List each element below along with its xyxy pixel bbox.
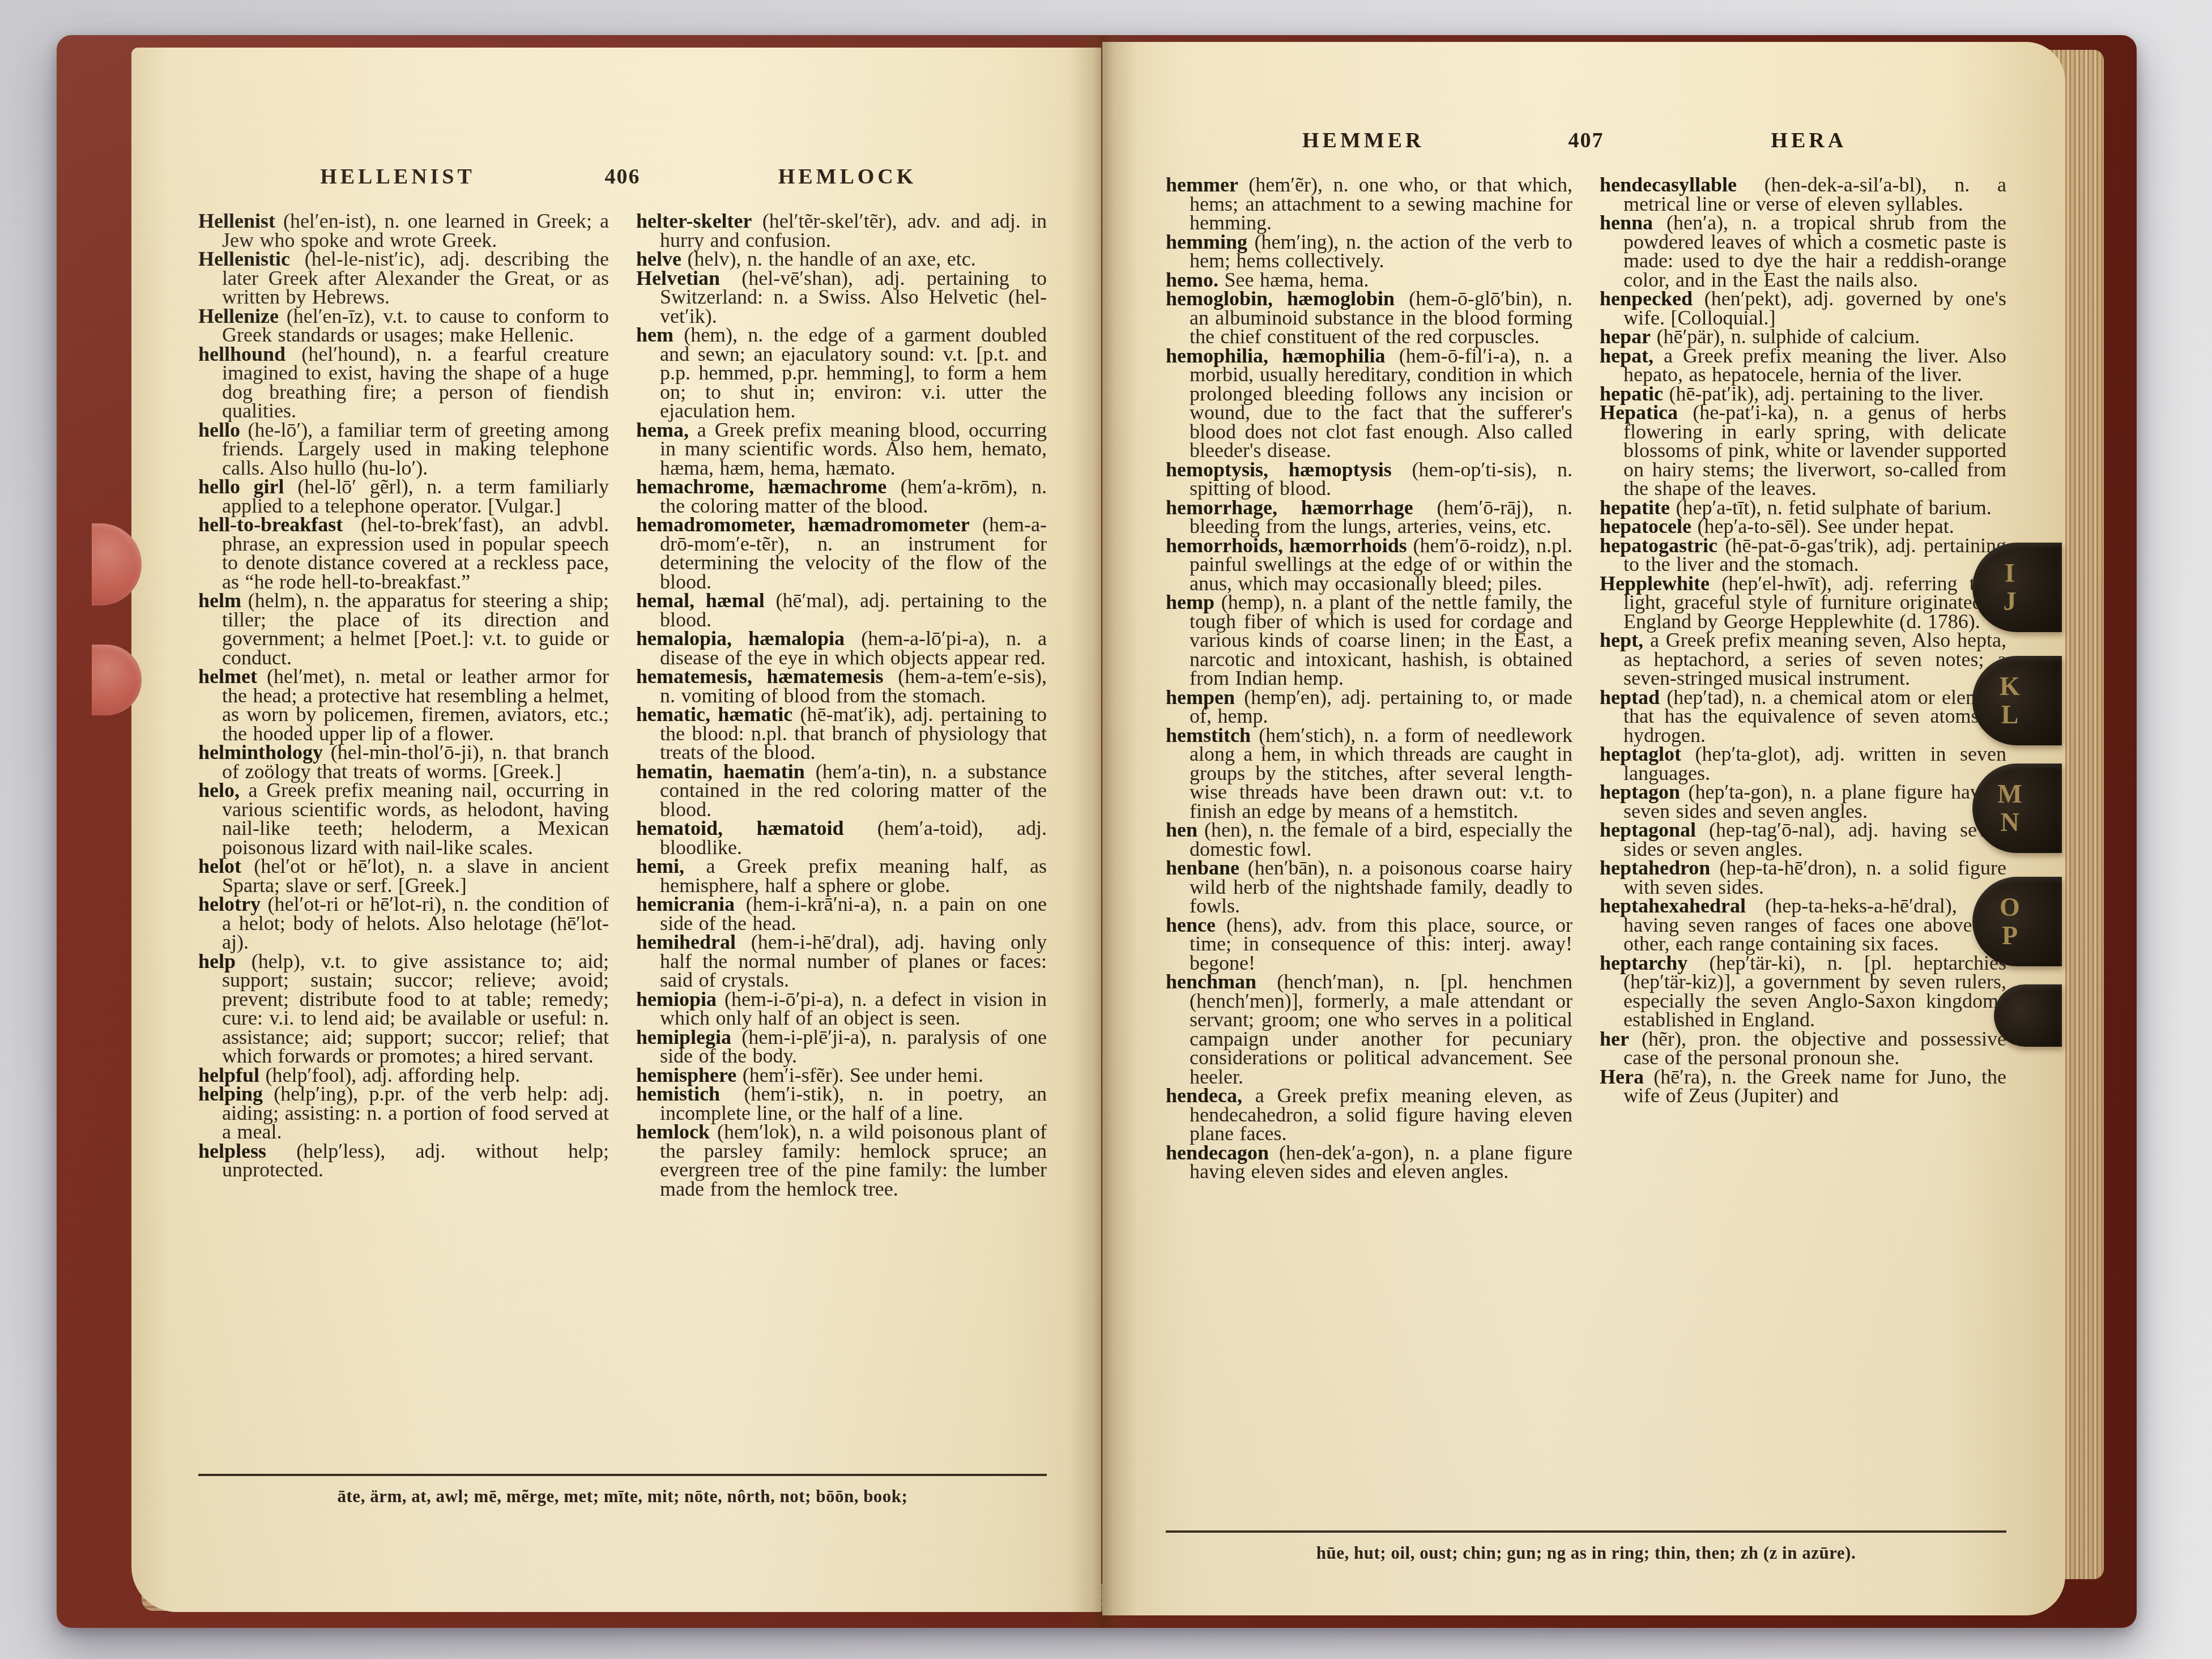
entry-headword: hepatogastric — [1600, 534, 1717, 557]
column-left-2: helter-skelter (hel′tẽr-skel′tẽr), adv. … — [636, 212, 1047, 1458]
entry-headword: hendeca, — [1166, 1084, 1242, 1107]
entry-headword: heptagon — [1600, 781, 1680, 803]
entry-headword: hemiopia — [636, 988, 717, 1010]
dictionary-entry: hell-to-breakfast (hel-to-brek′fast), an… — [198, 515, 609, 591]
dictionary-entry: hemiopia (hem-i-ō′pi-a), n. a defect in … — [636, 990, 1047, 1028]
dictionary-entry: hepatic (hē-pat′ik), adj. pertaining to … — [1600, 385, 2006, 404]
dictionary-entry: helm (helm), n. the apparatus for steeri… — [198, 591, 609, 667]
entry-headword: hendecasyllable — [1600, 176, 1737, 196]
dictionary-entry: heptagon (hep′ta-gon), n. a plane figure… — [1600, 783, 2006, 821]
dictionary-entry: hemi, a Greek prefix meaning half, as he… — [636, 857, 1047, 895]
dictionary-entry: hemoglobin, hæmoglobin (hem-ō-glō′bin), … — [1166, 289, 1572, 347]
dictionary-entry: hence (hens), adv. from this place, sour… — [1166, 916, 1572, 973]
entry-headword: hemstitch — [1166, 724, 1251, 747]
dictionary-entry: Hepplewhite (hep′el-hwīt), adj. referrin… — [1600, 574, 2006, 632]
entry-headword: hemachrome, hæmachrome — [636, 475, 886, 498]
tab-letter: L — [2001, 701, 2019, 729]
dictionary-entry: hema, a Greek prefix meaning blood, occu… — [636, 421, 1047, 478]
dictionary-entry: Hepatica (he-pat′i-ka), n. a genus of he… — [1600, 403, 2006, 498]
entry-headword: hemiplegia — [636, 1026, 731, 1048]
entry-headword: hemoglobin, hæmoglobin — [1166, 287, 1395, 310]
entry-headword: hendecagon — [1166, 1141, 1269, 1164]
dictionary-entry: helminthology (hel-min-thol′ō-ji), n. th… — [198, 743, 609, 781]
dictionary-entry: help (help), v.t. to give assistance to;… — [198, 952, 609, 1066]
column-left-1: Hellenist (hel′en-ist), n. one learned i… — [198, 212, 609, 1458]
entry-headword: hepat, — [1600, 344, 1653, 367]
dictionary-entry: her (hẽr), pron. the objective and posse… — [1600, 1030, 2006, 1068]
dictionary-entry: helpless (help′less), adj. without help;… — [198, 1142, 609, 1180]
entry-headword: henbane — [1166, 856, 1239, 879]
entry-headword: Hellenist — [198, 212, 275, 232]
dictionary-entry: hemalopia, hæmalopia (hem-a-lō′pi-a), n.… — [636, 629, 1047, 667]
dictionary-entry: hemicrania (hem-i-krā′ni-a), n. a pain o… — [636, 895, 1047, 933]
entry-headword: heptarchy — [1600, 952, 1687, 974]
guide-word-right: HERA — [1612, 128, 2006, 153]
entry-headword: hemi, — [636, 855, 684, 877]
dictionary-entry: helo, a Greek prefix meaning nail, occur… — [198, 781, 609, 857]
entry-headword: helminthology — [198, 741, 323, 764]
dictionary-entry: hepatocele (hep′a-to-sēl). See under hep… — [1600, 517, 2006, 536]
entry-headword: hemal, hæmal — [636, 589, 765, 612]
entry-headword: henchman — [1166, 970, 1256, 993]
entry-headword: hempen — [1166, 686, 1235, 709]
dictionary-entry: hemophilia, hæmophilia (hem-ō-fil′i-a), … — [1166, 347, 1572, 460]
entry-headword: Helvetian — [636, 267, 720, 289]
entry-headword: hemoptysis, hæmoptysis — [1166, 458, 1392, 481]
dictionary-entry: hello girl (hel-lō′ gẽrl), n. a term fam… — [198, 477, 609, 515]
entry-headword: Hellenize — [198, 305, 279, 327]
dictionary-entry: hepatogastric (hē-pat-ō-gas′trik), adj. … — [1600, 536, 2006, 574]
entry-headword: hematic, hæmatic — [636, 703, 792, 726]
dictionary-entry: hepar (hē′pär), n. sulphide of calcium. — [1600, 327, 2006, 347]
dictionary-entry: hemisphere (hem′i-sfẽr). See under hemi. — [636, 1066, 1047, 1085]
dictionary-entry: helot (hel′ot or hē′lot), n. a slave in … — [198, 857, 609, 895]
entry-headword: Hellenistic — [198, 248, 290, 270]
entry-headword: heptahedron — [1600, 856, 1710, 879]
page-left: HELLENIST 406 HEMLOCK Hellenist (hel′en-… — [131, 48, 1101, 1612]
thumb-index-tab-op: OP — [1972, 877, 2062, 966]
page-right: HEMMER 407 HERA hemmer (hem′ẽr), n. one … — [1102, 42, 2065, 1615]
dictionary-entry: hepat, a Greek prefix meaning the liver.… — [1600, 347, 2006, 385]
dictionary-entry: hempen (hemp′en), adj. pertaining to, or… — [1166, 688, 1572, 726]
dictionary-entry: hendecasyllable (hen-dek-a-sil′a-bl), n.… — [1600, 176, 2006, 214]
dictionary-entry: hemal, hæmal (hē′mal), adj. pertaining t… — [636, 591, 1047, 629]
entry-headword: hemicrania — [636, 893, 735, 915]
entry-headword: hemistich — [636, 1082, 720, 1105]
tab-letter: M — [1997, 780, 2022, 808]
dictionary-entry: hem (hem), n. the edge of a garment doub… — [636, 326, 1047, 421]
entry-headword: helo, — [198, 779, 240, 801]
thumb-index-tab-mn: MN — [1972, 764, 2062, 853]
dictionary-entry: hemstitch (hem′stich), n. a form of need… — [1166, 726, 1572, 821]
dictionary-entry: helotry (hel′ot-ri or hē′lot-ri), n. the… — [198, 895, 609, 952]
entry-headword: helter-skelter — [636, 212, 752, 232]
dictionary-entry: hemihedral (hem-i-hē′dral), adj. having … — [636, 933, 1047, 990]
entry-headword: hemadromometer, hæmadromometer — [636, 513, 970, 536]
entry-headword: henpecked — [1600, 287, 1693, 310]
entry-headword: hello — [198, 419, 240, 441]
entry-headword: hemp — [1166, 591, 1214, 613]
dictionary-entry: Hellenistic (hel-le-nist′ic), adj. descr… — [198, 250, 609, 307]
dictionary-entry: heptahexahedral (hep-ta-heks-a-hē′dral),… — [1600, 897, 2006, 954]
dictionary-entry: hemistich (hem′i-stik), n. in poetry, an… — [636, 1085, 1047, 1123]
tab-letter: I — [2005, 559, 2015, 587]
entry-headword: hemmer — [1166, 176, 1238, 196]
entry-headword: hematemesis, hæmatemesis — [636, 665, 884, 688]
dictionary-entry: hematoid, hæmatoid (hem′a-toid), adj. bl… — [636, 819, 1047, 857]
thumb-index-tab-partial — [1994, 984, 2062, 1047]
entry-headword: hemming — [1166, 231, 1247, 253]
tab-letter: O — [2000, 893, 2020, 922]
dictionary-entry: hemadromometer, hæmadromometer (hem-a-dr… — [636, 515, 1047, 591]
dictionary-entry: Helvetian (hel-vē′shan), adj. pertaining… — [636, 269, 1047, 326]
entry-headword: hematoid, hæmatoid — [636, 817, 843, 839]
pronunciation-key-left: āte, ärm, at, awl; mē, mẽrge, met; mīte,… — [198, 1474, 1047, 1507]
dictionary-entry: hendecagon (hen-dek′a-gon), n. a plane f… — [1166, 1144, 1572, 1182]
page-left-columns: Hellenist (hel′en-ist), n. one learned i… — [198, 212, 1047, 1458]
entry-headword: hemorrhage, hæmorrhage — [1166, 496, 1413, 519]
entry-headword: heptahexahedral — [1600, 894, 1746, 917]
entry-headword: helpless — [198, 1140, 266, 1162]
dictionary-entry: hemlock (hem′lok), n. a wild poisonous p… — [636, 1123, 1047, 1199]
entry-headword: hemorrhoids, hæmorrhoids — [1166, 534, 1407, 557]
thumb-index-tab-kl: KL — [1972, 656, 2062, 745]
guide-word-right: HEMLOCK — [648, 164, 1047, 189]
entry-headword: hellhound — [198, 343, 285, 365]
dictionary-entry: henpecked (hen′pekt), adj. governed by o… — [1600, 289, 2006, 327]
dictionary-entry: heptaglot (hep′ta-glot), adj. written in… — [1600, 745, 2006, 783]
dictionary-entry: hemo. See hæma, hema. — [1166, 271, 1572, 290]
entry-headword: helm — [198, 589, 241, 612]
dictionary-entry: hemp (hemp), n. a plant of the nettle fa… — [1166, 593, 1572, 688]
dictionary-entry: heptad (hep′tad), n. a chemical atom or … — [1600, 688, 2006, 745]
dictionary-entry: hepatite (hep′a-tīt), n. fetid sulphate … — [1600, 498, 2006, 518]
dictionary-entry: helter-skelter (hel′tẽr-skel′tẽr), adv. … — [636, 212, 1047, 250]
dictionary-entry: henchman (hench′man), n. [pl. henchmen (… — [1166, 973, 1572, 1086]
entry-headword: heptagonal — [1600, 818, 1696, 841]
tab-letter: K — [2000, 672, 2020, 701]
pronunciation-key-right: hūe, hut; oil, oust; chin; gun; ng as in… — [1166, 1530, 2006, 1563]
entry-headword: helot — [198, 855, 241, 877]
entry-headword: henna — [1600, 211, 1653, 234]
dictionary-entry: hemachrome, hæmachrome (hem′a-krōm), n. … — [636, 477, 1047, 515]
dictionary-entry: Hera (hē′ra), n. the Greek name for Juno… — [1600, 1068, 2006, 1106]
entry-headword: hen — [1166, 818, 1197, 841]
dictionary-entry: heptahedron (hep-ta-hē′dron), n. a solid… — [1600, 859, 2006, 897]
dictionary-entry: hemorrhage, hæmorrhage (hem′ō-rāj), n. b… — [1166, 498, 1572, 536]
dictionary-entry: helve (helv), n. the handle of an axe, e… — [636, 250, 1047, 269]
dictionary-entry: hematemesis, hæmatemesis (hem-a-tem′e-si… — [636, 667, 1047, 705]
entry-headword: heptad — [1600, 686, 1660, 709]
dictionary-entry: helpful (help′fool), adj. affording help… — [198, 1066, 609, 1085]
entry-headword: hence — [1166, 914, 1216, 936]
dictionary-entry: hendeca, a Greek prefix meaning eleven, … — [1166, 1086, 1572, 1144]
entry-headword: hema, — [636, 419, 689, 441]
entry-headword: hell-to-breakfast — [198, 513, 343, 536]
dictionary-book: HELLENIST 406 HEMLOCK Hellenist (hel′en-… — [57, 35, 2137, 1628]
photo-of-open-dictionary: { "book": { "left_page": { "header": { "… — [0, 0, 2212, 1659]
dictionary-entry: hellhound (hel′hound), n. a fearful crea… — [198, 345, 609, 421]
entry-headword: hemalopia, hæmalopia — [636, 627, 845, 650]
dictionary-entry: henna (hen′a), n. a tropical shrub from … — [1600, 214, 2006, 289]
dictionary-entry: henbane (hen′bān), n. a poisonous coarse… — [1166, 859, 1572, 916]
dictionary-entry: heptarchy (hep′tär-ki), n. [pl. heptarch… — [1600, 954, 2006, 1030]
dictionary-entry: hemoptysis, hæmoptysis (hem-op′ti-sis), … — [1166, 460, 1572, 498]
dictionary-entry: helping (help′ing), p.pr. of the verb he… — [198, 1085, 609, 1142]
entry-headword: Hera — [1600, 1065, 1644, 1088]
dictionary-entry: hemorrhoids, hæmorrhoids (hem′ō-roidz), … — [1166, 536, 1572, 594]
entry-headword: hept, — [1600, 629, 1643, 651]
tab-letter: N — [2000, 808, 2019, 837]
entry-headword: Hepatica — [1600, 401, 1678, 424]
dictionary-entry: helmet (hel′met), n. metal or leather ar… — [198, 667, 609, 743]
entry-headword: hematin, haematin — [636, 760, 805, 783]
dictionary-entry: Hellenize (hel′en-īz), v.t. to cause to … — [198, 307, 609, 345]
entry-headword: help — [198, 950, 236, 973]
dictionary-entry: hept, a Greek prefix meaning seven, Also… — [1600, 631, 2006, 688]
dictionary-entry: hemmer (hem′ẽr), n. one who, or that whi… — [1166, 176, 1572, 233]
dictionary-entry: Hellenist (hel′en-ist), n. one learned i… — [198, 212, 609, 250]
entry-headword: helotry — [198, 893, 261, 915]
dictionary-entry: hello (he-lō′), a familiar term of greet… — [198, 421, 609, 478]
dictionary-entry: hematic, hæmatic (hē-mat′ik), adj. perta… — [636, 705, 1047, 762]
entry-headword: heptaglot — [1600, 743, 1681, 765]
dictionary-entry: hemiplegia (hem-i-plē′ji-a), n. paralysi… — [636, 1028, 1047, 1066]
entry-headword: helmet — [198, 665, 257, 688]
page-right-header: HEMMER 407 HERA — [1166, 128, 2006, 159]
thumb-index-tab-ij: IJ — [1972, 543, 2062, 632]
page-right-columns: hemmer (hem′ẽr), n. one who, or that whi… — [1166, 176, 2006, 1475]
tab-letter: P — [2002, 922, 2018, 950]
entry-headword: hemophilia, hæmophilia — [1166, 344, 1385, 367]
entry-headword: hello girl — [198, 475, 284, 498]
dictionary-entry: hen (hen), n. the female of a bird, espe… — [1166, 821, 1572, 859]
page-left-header: HELLENIST 406 HEMLOCK — [198, 164, 1047, 195]
entry-headword: hem — [636, 323, 674, 346]
entry-headword: hemlock — [636, 1120, 710, 1143]
column-right-2: hendecasyllable (hen-dek-a-sil′a-bl), n.… — [1600, 176, 2006, 1475]
dictionary-entry: hematin, haematin (hem′a-tin), n. a subs… — [636, 762, 1047, 820]
entry-headword: hemihedral — [636, 931, 736, 953]
tab-letter: J — [2004, 587, 2017, 616]
column-right-1: hemmer (hem′ẽr), n. one who, or that whi… — [1166, 176, 1572, 1475]
dictionary-entry: hemming (hem′ing), n. the action of the … — [1166, 233, 1572, 271]
entry-headword: Hepplewhite — [1600, 572, 1710, 595]
entry-headword: her — [1600, 1027, 1629, 1050]
dictionary-entry: heptagonal (hep-tag′ō-nal), adj. having … — [1600, 821, 2006, 859]
entry-headword: helping — [198, 1082, 263, 1105]
